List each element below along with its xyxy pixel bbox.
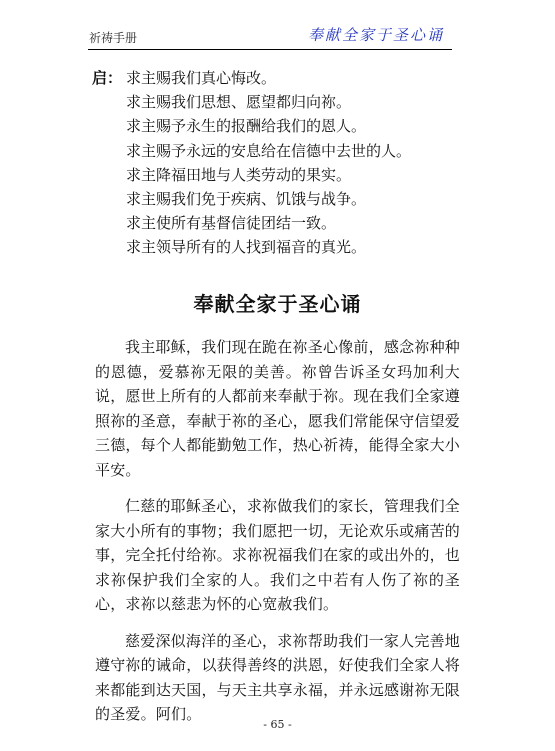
response-line: 求主赐我们思想、愿望都归向祢。 (92, 90, 472, 114)
response-line: 启： 求主赐我们真心悔改。 (92, 66, 472, 90)
response-line: 求主赐我们免于疾病、饥饿与战争。 (92, 187, 472, 211)
response-line: 求主使所有基督信徒团结一致。 (92, 211, 472, 235)
response-line: 求主赐予永远的安息给在信德中去世的人。 (92, 139, 472, 163)
prayer-body: 我主耶稣，我们现在跪在祢圣心像前，感念祢种种的恩德，爱慕祢无限的美善。祢曾告诉圣… (95, 335, 460, 739)
litany-responses: 启： 求主赐我们真心悔改。 求主赐我们思想、愿望都归向祢。 求主赐予永生的报酬给… (92, 66, 472, 260)
response-label: 启： (92, 66, 122, 90)
section-title: 奉献全家于圣心诵 (0, 288, 555, 317)
page-number: - 65 - (0, 718, 555, 731)
paragraph: 我主耶稣，我们现在跪在祢圣心像前，感念祢种种的恩德，爱慕祢无限的美善。祢曾告诉圣… (95, 335, 460, 482)
response-line: 求主领导所有的人找到福音的真光。 (92, 235, 472, 259)
response-text: 求主赐予永远的安息给在信德中去世的人。 (126, 142, 411, 160)
response-text: 求主赐我们思想、愿望都归向祢。 (126, 93, 351, 111)
paragraph: 慈爱深似海洋的圣心，求祢帮助我们一家人完善地遵守祢的诫命，以获得善终的洪恩，好使… (95, 629, 460, 727)
response-line: 求主赐予永生的报酬给我们的恩人。 (92, 114, 472, 138)
book-title: 祈祷手册 (89, 29, 137, 46)
running-header: 祈祷手册 奉献全家于圣心诵 (88, 26, 452, 50)
response-text: 求主使所有基督信徒团结一致。 (126, 214, 336, 232)
response-text: 求主赐予永生的报酬给我们的恩人。 (126, 117, 366, 135)
response-text: 求主赐我们免于疾病、饥饿与战争。 (126, 190, 366, 208)
response-text: 求主赐我们真心悔改。 (126, 69, 276, 87)
response-line: 求主降福田地与人类劳动的果实。 (92, 163, 472, 187)
chapter-title: 奉献全家于圣心诵 (308, 24, 444, 45)
response-text: 求主领导所有的人找到福音的真光。 (126, 238, 366, 256)
response-text: 求主降福田地与人类劳动的果实。 (126, 166, 351, 184)
paragraph: 仁慈的耶稣圣心，求祢做我们的家长，管理我们全家大小所有的事物；我们愿把一切，无论… (95, 494, 460, 617)
